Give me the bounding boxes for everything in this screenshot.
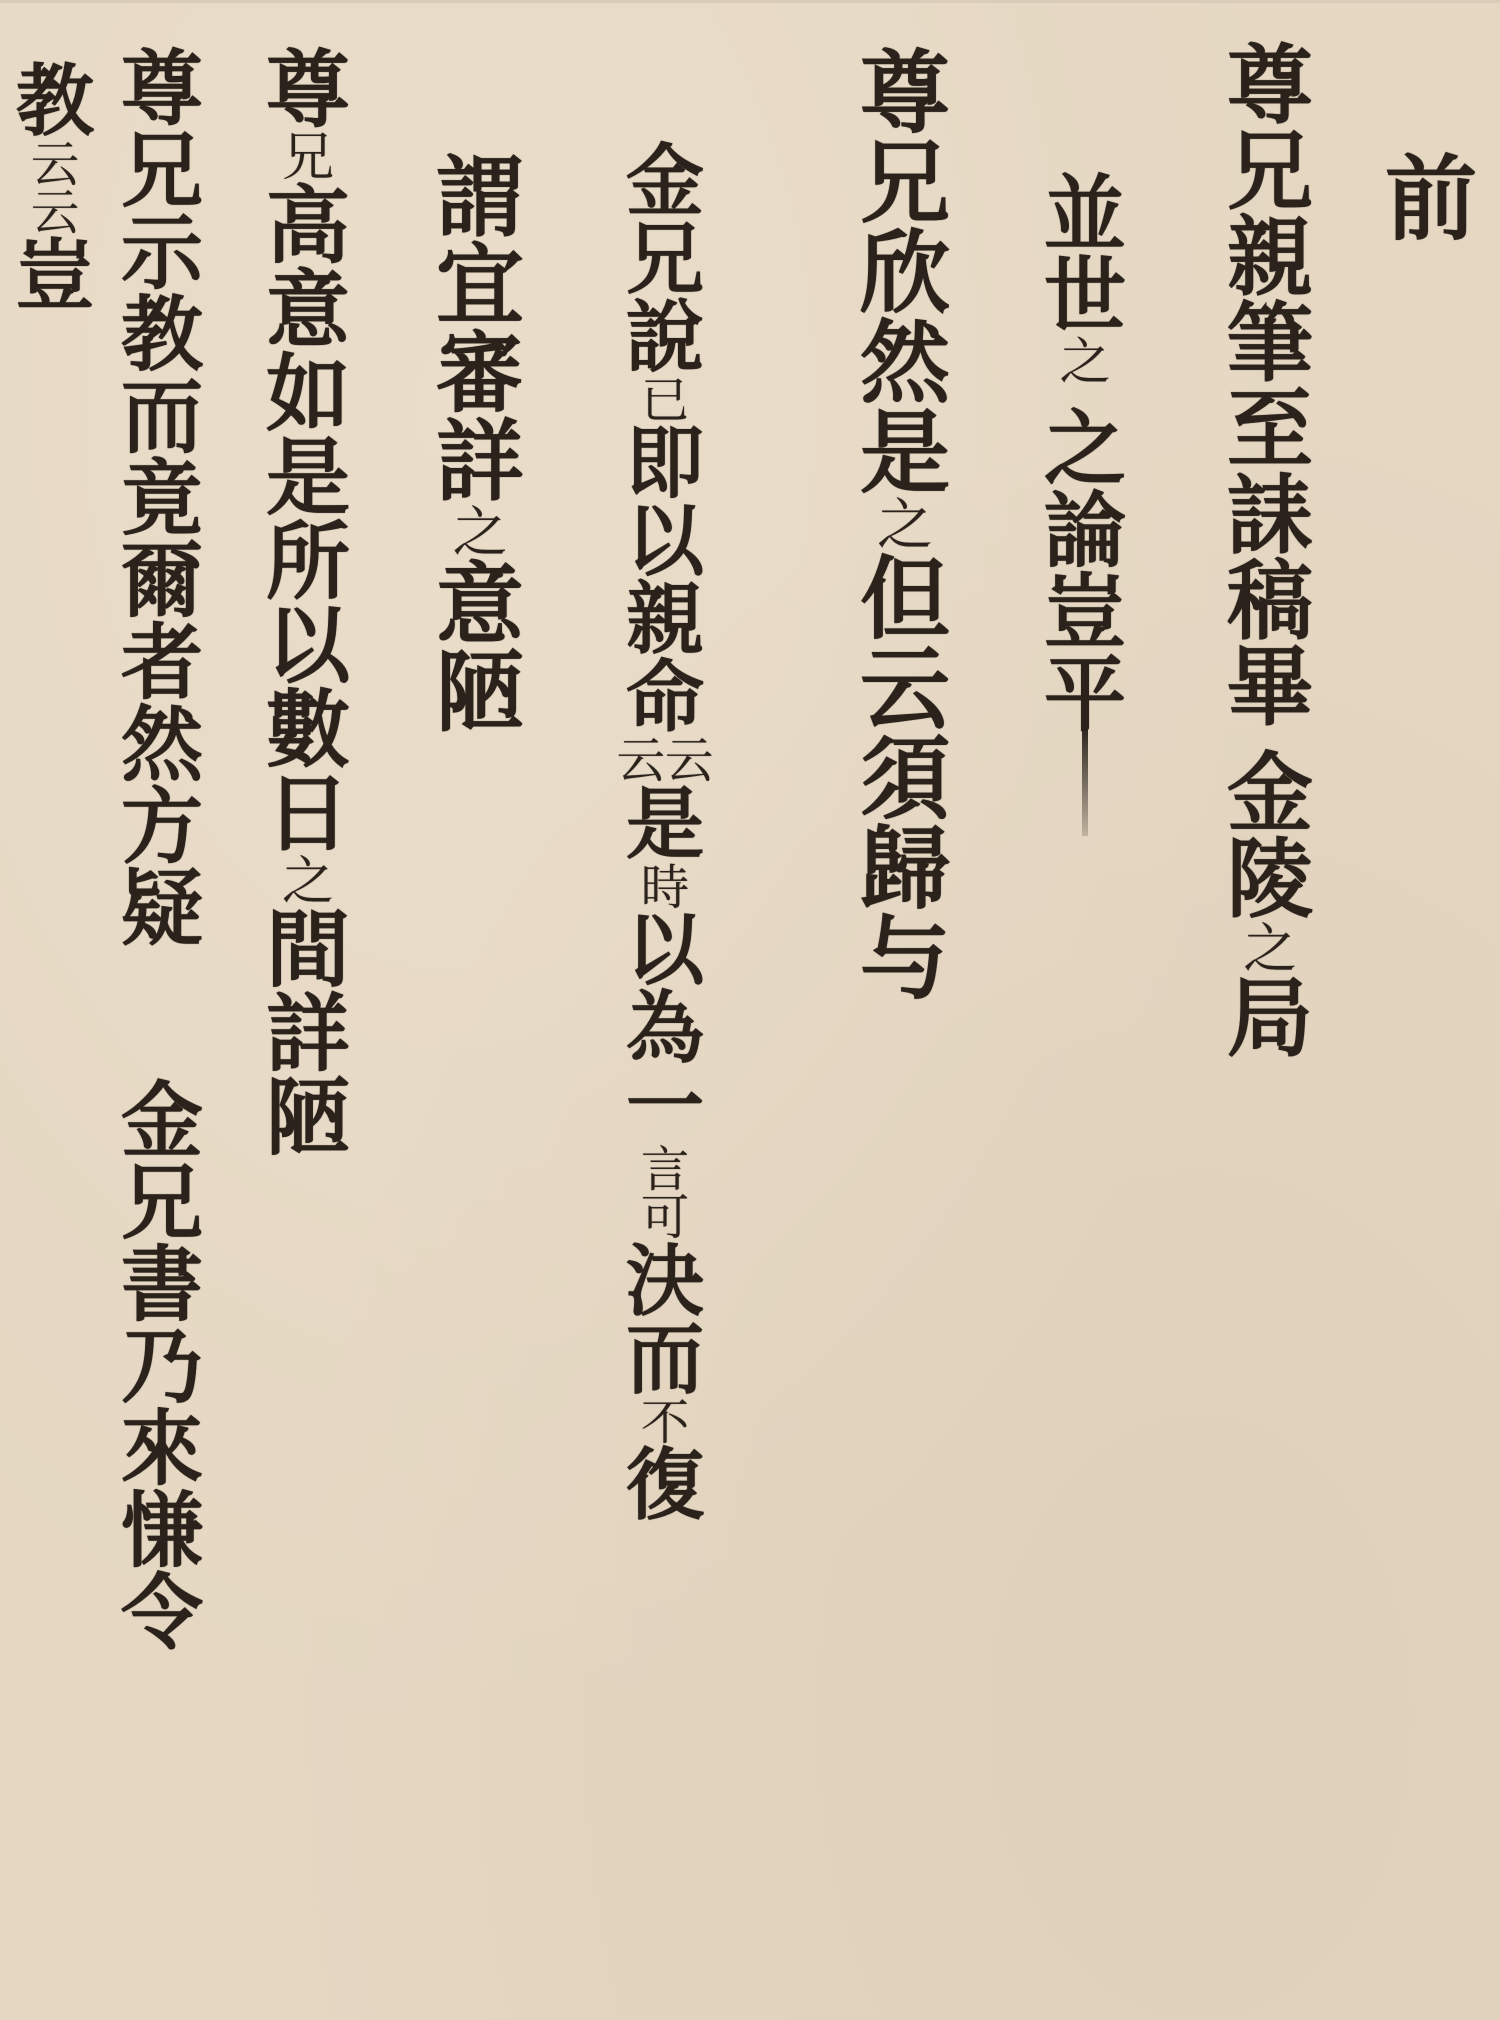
calligraphy-char: 來: [121, 1408, 203, 1490]
calligraphy-char: 為: [626, 990, 704, 1068]
calligraphy-char: 陋: [436, 648, 524, 736]
calligraphy-char: 以: [266, 604, 350, 688]
calligraphy-char: 如: [266, 352, 350, 436]
calligraphy-char: 然: [121, 704, 203, 786]
column-9: 教 云 云 豈: [15, 63, 95, 316]
calligraphy-char: 稿: [1227, 559, 1313, 645]
calligraphy-char: 兄: [626, 221, 704, 299]
calligraphy-char: 須: [860, 734, 950, 824]
calligraphy-char: 至: [1227, 387, 1313, 473]
calligraphy-char: 所: [266, 520, 350, 604]
calligraphy-char: 陋: [266, 1076, 350, 1160]
column-heading-qian: 前: [1385, 153, 1477, 245]
calligraphy-char: 但: [860, 554, 950, 644]
calligraphy-char: 金: [1227, 751, 1313, 837]
calligraphy-char: 金: [121, 1080, 203, 1162]
calligraphy-char: 並: [1044, 173, 1126, 255]
calligraphy-char: 命: [626, 659, 704, 737]
calligraphy-char: 云: [31, 141, 79, 189]
calligraphy-char: 即: [626, 425, 704, 503]
column-4: 尊 兄 欣 然 是 之 但 云 須 歸 与: [850, 48, 960, 1004]
column-3: 並 世 之 之 論 豈 平: [1035, 173, 1135, 836]
calligraphy-char: 復: [626, 1447, 704, 1525]
column-6: 謂 宜 審 詳 之 意 陋: [430, 153, 530, 736]
calligraphy-char: 竟: [121, 458, 203, 540]
calligraphy-char: 是: [860, 408, 950, 498]
calligraphy-char: 而: [626, 1321, 704, 1399]
column-7: 尊 兄 高 意 如 是 所 以 數 日 之 間 詳 陋: [258, 48, 358, 1160]
calligraphy-char: 豈: [16, 238, 94, 316]
calligraphy-char: 兄: [121, 130, 203, 212]
calligraphy-char: 前: [1385, 153, 1477, 245]
calligraphy-char: 方: [121, 786, 203, 868]
calligraphy-char: 書: [121, 1244, 203, 1326]
calligraphy-char: 親: [626, 581, 704, 659]
calligraphy-char: 誄: [1227, 473, 1313, 559]
calligraphy-char: 令: [121, 1572, 203, 1654]
calligraphy-char: 決: [626, 1243, 704, 1321]
column-5: 金 兄 說 已 即 以 親 命 云云 是 時 以 為 一 言 可 決 而 不 復: [610, 143, 720, 1525]
calligraphy-char: 之: [1060, 337, 1111, 388]
calligraphy-char: 陵: [1227, 837, 1313, 923]
calligraphy-char: 金: [626, 143, 704, 221]
column-2: 尊 兄 親 筆 至 誄 稿 畢 金 陵 之 局: [1215, 43, 1325, 1062]
calligraphy-char: 欣: [860, 228, 950, 318]
calligraphy-char: 是: [266, 436, 350, 520]
calligraphy-char: 平: [1044, 654, 1126, 736]
calligraphy-char: 世: [1044, 255, 1126, 337]
calligraphy-char: 而: [121, 376, 203, 458]
calligraphy-char: 兄: [1227, 129, 1313, 215]
calligraphy-char: 疑: [121, 868, 203, 950]
calligraphy-char: 說: [626, 299, 704, 377]
calligraphy-char: 論: [1044, 490, 1126, 572]
calligraphy-char: 爾: [121, 540, 203, 622]
calligraphy-char: 高: [266, 184, 350, 268]
calligraphy-char: 詳: [436, 417, 524, 505]
calligraphy-char: 慊: [121, 1490, 203, 1572]
calligraphy-char: 之: [1044, 408, 1126, 490]
calligraphy-char: 言: [641, 1146, 689, 1194]
calligraphy-char: 豈: [1044, 572, 1126, 654]
calligraphy-char: 一: [626, 1068, 704, 1146]
calligraphy-char: 歸: [860, 824, 950, 914]
calligraphy-char: 示: [121, 212, 203, 294]
calligraphy-char: 乃: [121, 1326, 203, 1408]
calligraphy-char: 兄: [121, 1162, 203, 1244]
calligraphy-char: 教: [121, 294, 203, 376]
calligraphy-char: 兄: [860, 138, 950, 228]
calligraphy-char: 尊: [860, 48, 950, 138]
calligraphy-char: 日: [266, 772, 350, 856]
calligraphy-char: 審: [436, 329, 524, 417]
calligraphy-char: 云: [860, 644, 950, 734]
calligraphy-char: 尊: [266, 48, 350, 132]
calligraphy-char: 間: [266, 908, 350, 992]
calligraphy-char: 親: [1227, 215, 1313, 301]
calligraphy-char: 筆: [1227, 301, 1313, 387]
calligraphy-char: 詳: [266, 992, 350, 1076]
calligraphy-char: 謂: [436, 153, 524, 241]
calligraphy-char: 局: [1227, 976, 1313, 1062]
calligraphy-char: 尊: [1227, 43, 1313, 129]
calligraphy-char: 教: [16, 63, 94, 141]
column-8: 尊 兄 示 教 而 竟 爾 者 然 方 疑 金 兄 書 乃 來 慊 令: [112, 48, 212, 1654]
calligraphy-char: 數: [266, 688, 350, 772]
letter-page: 前 尊 兄 親 筆 至 誄 稿 畢 金 陵 之 局 並 世 之 之 論 豈 平 …: [0, 0, 1500, 2020]
calligraphy-char: 畢: [1227, 645, 1313, 731]
brush-tail-stroke: [1082, 726, 1088, 836]
calligraphy-char: 然: [860, 318, 950, 408]
calligraphy-char: 尊: [121, 48, 203, 130]
calligraphy-char: 者: [121, 622, 203, 704]
calligraphy-char: 意: [436, 560, 524, 648]
calligraphy-char: 与: [860, 914, 950, 1004]
calligraphy-char: 宜: [436, 241, 524, 329]
calligraphy-char: 是: [626, 786, 704, 864]
calligraphy-char: 意: [266, 268, 350, 352]
calligraphy-char: 以: [626, 503, 704, 581]
calligraphy-char: 以: [626, 912, 704, 990]
